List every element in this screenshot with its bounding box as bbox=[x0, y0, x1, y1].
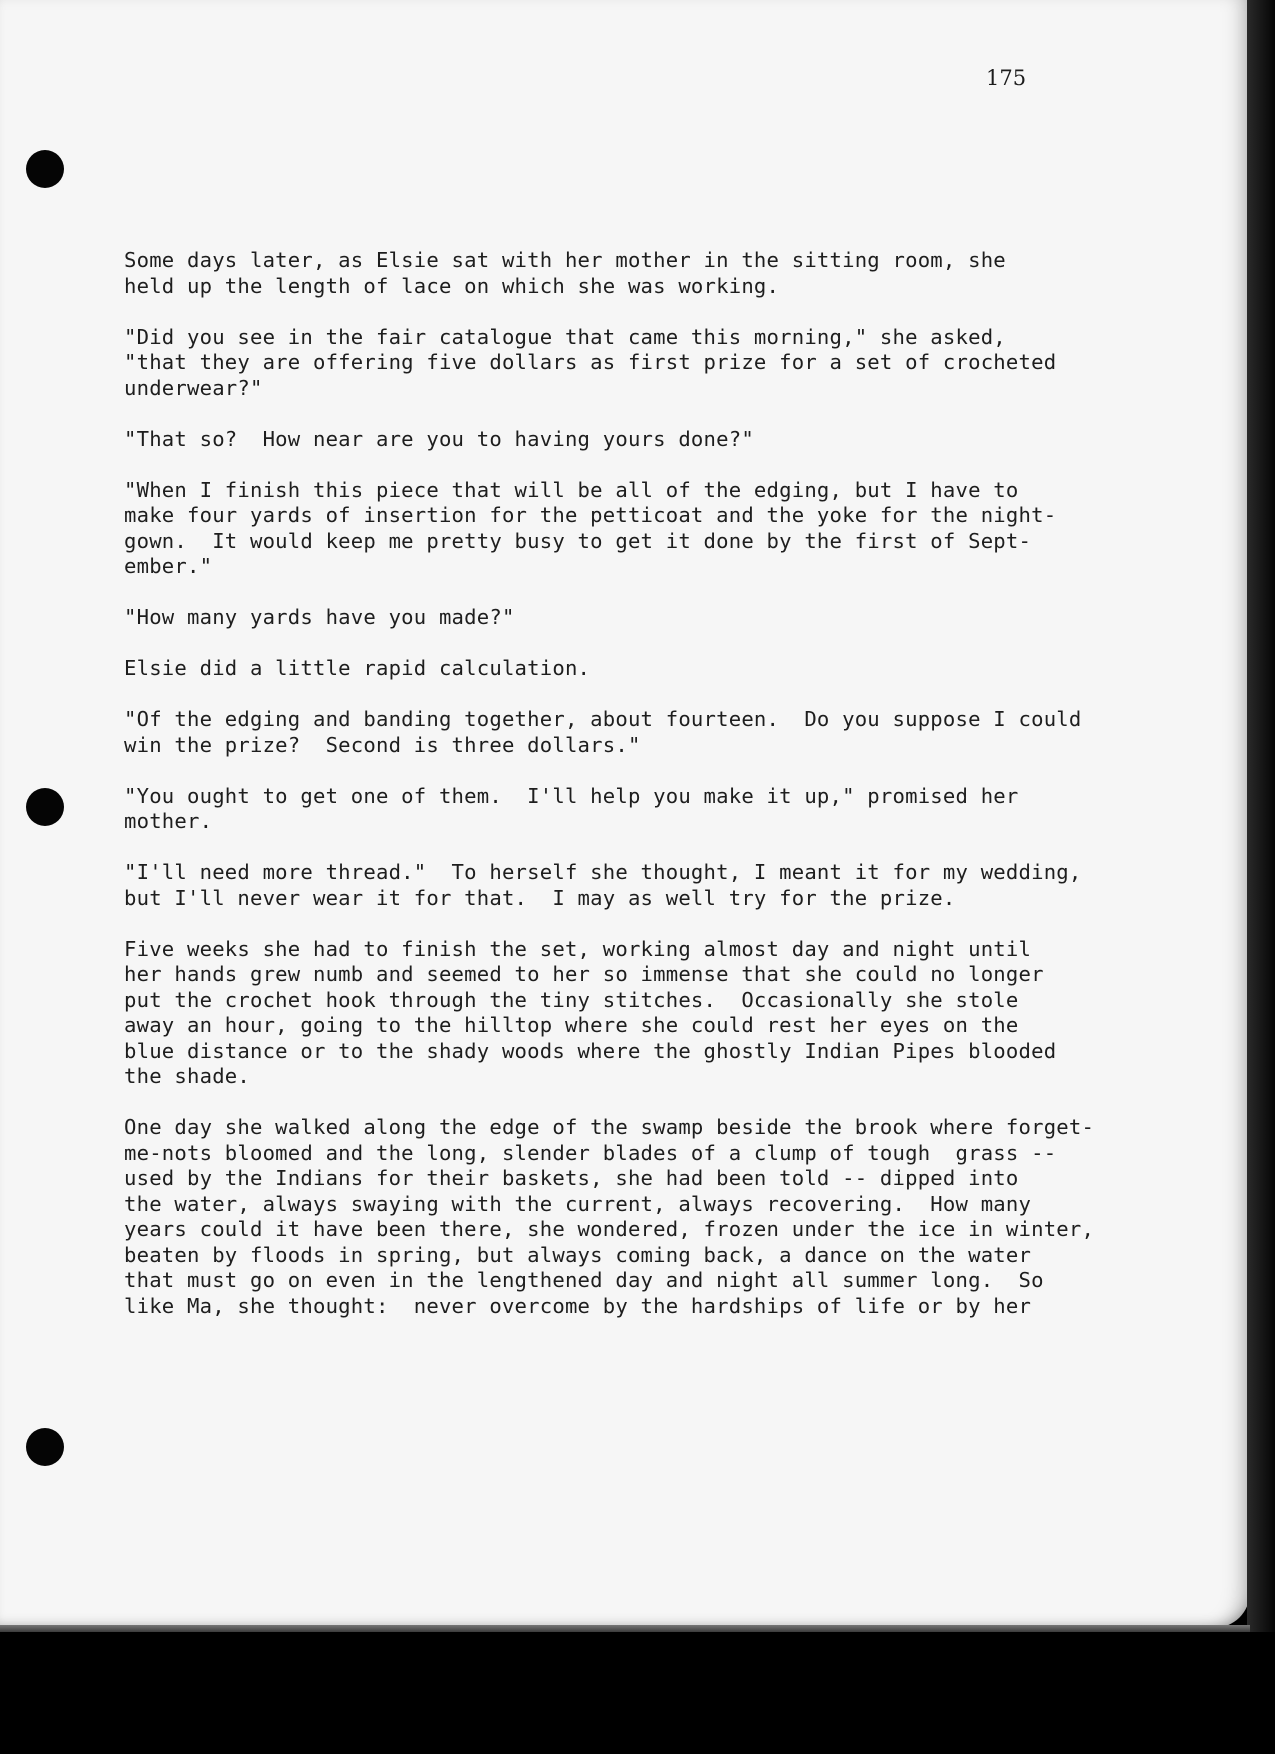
text-line: "How many yards have you made?" bbox=[124, 605, 1134, 631]
text-line: put the crochet hook through the tiny st… bbox=[124, 988, 1134, 1014]
page-number: 175 bbox=[986, 66, 1026, 90]
paragraph: Elsie did a little rapid calculation. bbox=[124, 656, 1134, 682]
paragraph: Five weeks she had to finish the set, wo… bbox=[124, 937, 1134, 1090]
text-line: held up the length of lace on which she … bbox=[124, 274, 1134, 300]
paragraph: "You ought to get one of them. I'll help… bbox=[124, 784, 1134, 835]
text-line: Elsie did a little rapid calculation. bbox=[124, 656, 1134, 682]
text-line: like Ma, she thought: never overcome by … bbox=[124, 1294, 1134, 1320]
paragraph: "Did you see in the fair catalogue that … bbox=[124, 325, 1134, 402]
text-line: "I'll need more thread." To herself she … bbox=[124, 860, 1134, 886]
text-line: One day she walked along the edge of the… bbox=[124, 1115, 1134, 1141]
punch-hole-icon bbox=[26, 1428, 64, 1466]
paragraph: "When I finish this piece that will be a… bbox=[124, 478, 1134, 580]
text-line: "When I finish this piece that will be a… bbox=[124, 478, 1134, 504]
text-line: years could it have been there, she wond… bbox=[124, 1217, 1134, 1243]
text-line: underwear?" bbox=[124, 376, 1134, 402]
text-line: "that they are offering five dollars as … bbox=[124, 350, 1134, 376]
paragraph: "How many yards have you made?" bbox=[124, 605, 1134, 631]
text-line: the water, always swaying with the curre… bbox=[124, 1192, 1134, 1218]
text-line: ember." bbox=[124, 554, 1134, 580]
text-line: blue distance or to the shady woods wher… bbox=[124, 1039, 1134, 1065]
page-edge-shadow bbox=[1247, 0, 1275, 1640]
text-line: beaten by floods in spring, but always c… bbox=[124, 1243, 1134, 1269]
paragraph: "That so? How near are you to having you… bbox=[124, 427, 1134, 453]
text-line: make four yards of insertion for the pet… bbox=[124, 503, 1134, 529]
body-text: Some days later, as Elsie sat with her m… bbox=[124, 248, 1134, 1345]
scanner-background bbox=[0, 1632, 1275, 1754]
text-line: Five weeks she had to finish the set, wo… bbox=[124, 937, 1134, 963]
punch-hole-icon bbox=[26, 788, 64, 826]
text-line: me-nots bloomed and the long, slender bl… bbox=[124, 1141, 1134, 1167]
text-line: "Of the edging and banding together, abo… bbox=[124, 707, 1134, 733]
text-line: gown. It would keep me pretty busy to ge… bbox=[124, 529, 1134, 555]
punch-hole-icon bbox=[26, 150, 64, 188]
text-line: away an hour, going to the hilltop where… bbox=[124, 1013, 1134, 1039]
text-line: the shade. bbox=[124, 1064, 1134, 1090]
text-line: but I'll never wear it for that. I may a… bbox=[124, 886, 1134, 912]
text-line: win the prize? Second is three dollars." bbox=[124, 733, 1134, 759]
text-line: "Did you see in the fair catalogue that … bbox=[124, 325, 1134, 351]
text-line: that must go on even in the lengthened d… bbox=[124, 1268, 1134, 1294]
paragraph: "Of the edging and banding together, abo… bbox=[124, 707, 1134, 758]
document-page: 175 Some days later, as Elsie sat with h… bbox=[0, 0, 1250, 1628]
text-line: her hands grew numb and seemed to her so… bbox=[124, 962, 1134, 988]
text-line: "That so? How near are you to having you… bbox=[124, 427, 1134, 453]
paragraph: "I'll need more thread." To herself she … bbox=[124, 860, 1134, 911]
text-line: used by the Indians for their baskets, s… bbox=[124, 1166, 1134, 1192]
text-line: Some days later, as Elsie sat with her m… bbox=[124, 248, 1134, 274]
paragraph: One day she walked along the edge of the… bbox=[124, 1115, 1134, 1319]
paragraph: Some days later, as Elsie sat with her m… bbox=[124, 248, 1134, 299]
text-line: "You ought to get one of them. I'll help… bbox=[124, 784, 1134, 810]
text-line: mother. bbox=[124, 809, 1134, 835]
